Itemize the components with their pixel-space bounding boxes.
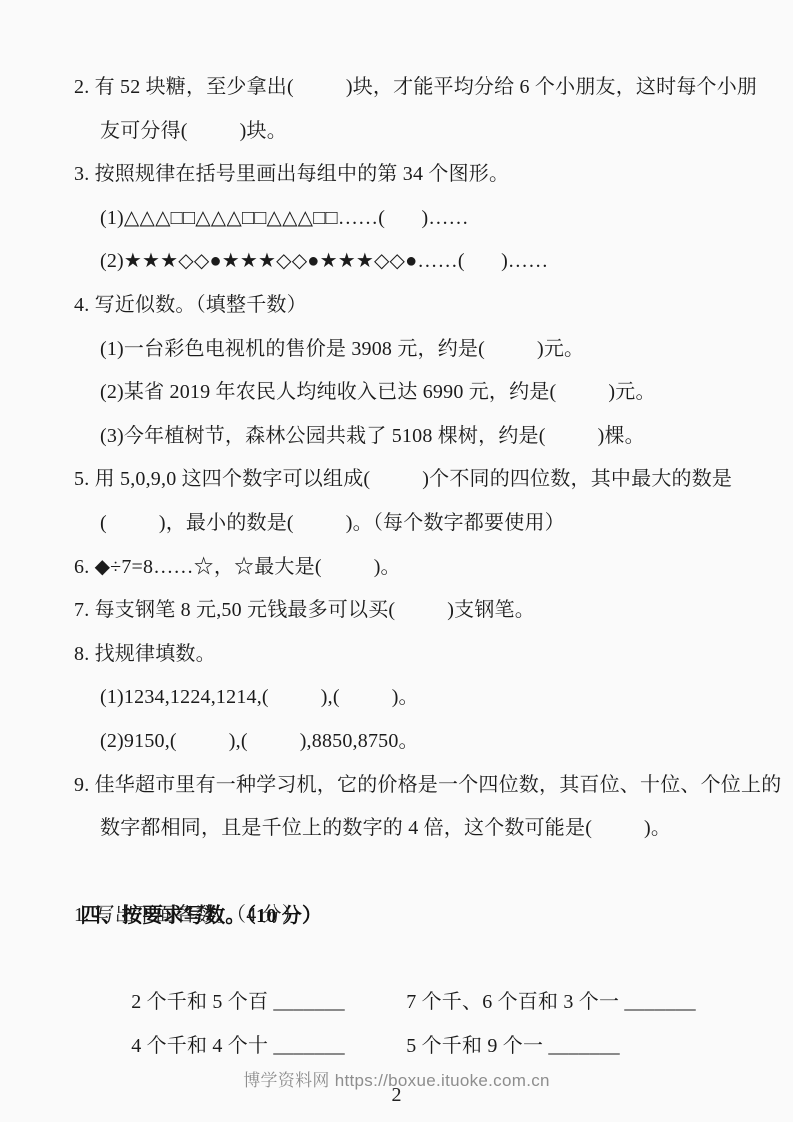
q7-line: 7. 每支钢笔 8 元,50 元钱最多可以买( )支钢笔。 — [0, 589, 793, 633]
q5-line-1: 5. 用 5,0,9,0 这四个数字可以组成( )个不同的四位数，其中最大的数是 — [0, 458, 793, 502]
q8-sub-2: (2)9150,( ),( ),8850,8750。 — [0, 720, 793, 764]
q9-line-2: 数字都相同，且是千位上的数字的 4 倍，这个数可能是( )。 — [0, 807, 793, 851]
q5-line-2: ( )，最小的数是( )。（每个数字都要使用） — [0, 502, 793, 546]
page-number: 2 — [0, 1084, 793, 1107]
write-item-4k4t: 4 个千和 4 个十 _______ — [131, 1025, 406, 1069]
q3-title: 3. 按照规律在括号里画出每组中的第 34 个图形。 — [0, 153, 793, 197]
q4-title: 4. 写近似数。（填整千数） — [0, 284, 793, 328]
q4-sub-2: (2)某省 2019 年农民人均纯收入已达 6990 元，约是( )元。 — [0, 371, 793, 415]
worksheet-body: 2. 有 52 块糖，至少拿出( )块，才能平均分给 6 个小朋友，这时每个小朋… — [0, 66, 793, 1025]
write-item-2k5h: 2 个千和 5 个百 _______ — [131, 981, 406, 1025]
q4-sub-1: (1)一台彩色电视机的售价是 3908 元，约是( )元。 — [0, 328, 793, 372]
q8-sub-1: (1)1234,1224,1214,( ),( )。 — [0, 676, 793, 720]
q8-title: 8. 找规律填数。 — [0, 633, 793, 677]
q9-line-1: 9. 佳华超市里有一种学习机，它的价格是一个四位数，其百位、十位、个位上的 — [0, 764, 793, 808]
q2-line-2: 友可分得( )块。 — [0, 110, 793, 154]
q3-pattern-2: (2)★★★◇◇●★★★◇◇●★★★◇◇●……( )…… — [0, 240, 793, 284]
q4-sub-3: (3)今年植树节，森林公园共栽了 5108 棵树，约是( )棵。 — [0, 415, 793, 459]
write-row-1: 2 个千和 5 个百 _______7 个千、6 个百和 3 个一 ______… — [0, 938, 793, 982]
worksheet-page: 2. 有 52 块糖，至少拿出( )块，才能平均分给 6 个小朋友，这时每个小朋… — [0, 0, 793, 1122]
q2-line-1: 2. 有 52 块糖，至少拿出( )块，才能平均分给 6 个小朋友，这时每个小朋 — [0, 66, 793, 110]
section-4-heading: 四、按要求写数。（10 分） — [0, 851, 793, 895]
q1-title: 1. 写出下面各数。（4 分） — [0, 894, 793, 938]
write-item-7k6h3o: 7 个千、6 个百和 3 个一 _______ — [406, 991, 696, 1013]
q6-line: 6. ◆÷7=8……☆，☆最大是( )。 — [0, 546, 793, 590]
write-item-5k9o: 5 个千和 9 个一 _______ — [406, 1035, 620, 1057]
q3-pattern-1: (1)△△△□□△△△□□△△△□□……( )…… — [0, 197, 793, 241]
